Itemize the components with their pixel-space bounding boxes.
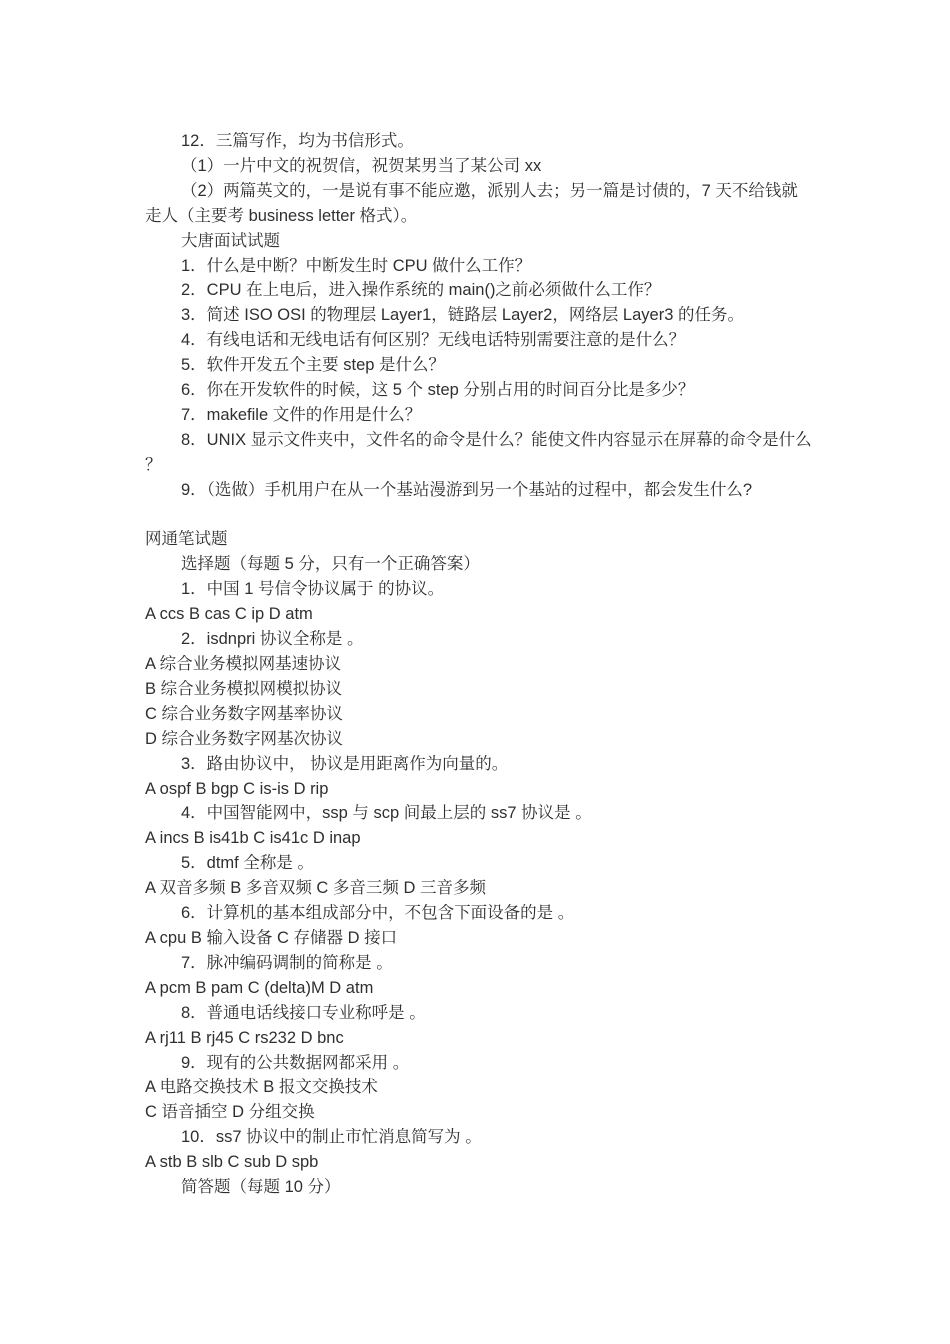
doc-line: ？: [145, 453, 845, 478]
doc-line: 3．路由协议中， 协议是用距离作为向量的。: [145, 752, 845, 777]
doc-line: D 综合业务数字网基次协议: [145, 727, 845, 752]
doc-line: 9．（选做）手机用户在从一个基站漫游到另一个基站的过程中，都会发生什么?: [145, 478, 845, 503]
doc-line: 2．isdnpri 协议全称是 。: [145, 627, 845, 652]
doc-line: A pcm B pam C (delta)M D atm: [145, 976, 845, 1001]
doc-line: A incs B is41b C is41c D inap: [145, 826, 845, 851]
doc-line: C 语音插空 D 分组交换: [145, 1100, 845, 1125]
doc-line: 8．UNIX 显示文件夹中，文件名的命令是什么？能使文件内容显示在屏幕的命令是什…: [145, 428, 845, 453]
doc-line: A rj11 B rj45 C rs232 D bnc: [145, 1026, 845, 1051]
doc-line: 4．有线电话和无线电话有何区别？无线电话特别需要注意的是什么？: [145, 328, 845, 353]
doc-line: 5．dtmf 全称是 。: [145, 851, 845, 876]
doc-line: 走人（主要考 business letter 格式）。: [145, 204, 845, 229]
doc-line: 2．CPU 在上电后，进入操作系统的 main()之前必须做什么工作？: [145, 278, 845, 303]
doc-line: A 综合业务模拟网基速协议: [145, 652, 845, 677]
doc-line: 6．计算机的基本组成部分中，不包含下面设备的是 。: [145, 901, 845, 926]
doc-line: A stb B slb C sub D spb: [145, 1150, 845, 1175]
section-title-netcom-written-test: 网通笔试题: [145, 527, 845, 552]
doc-line: 3．简述 ISO OSI 的物理层 Layer1，链路层 Layer2，网络层 …: [145, 303, 845, 328]
doc-line: 9．现有的公共数据网都采用 。: [145, 1051, 845, 1076]
doc-line: （2）两篇英文的，一是说有事不能应邀，派别人去；另一篇是讨债的，7 天不给钱就: [145, 179, 845, 204]
doc-line: 7．makefile 文件的作用是什么？: [145, 403, 845, 428]
doc-line: 5．软件开发五个主要 step 是什么？: [145, 353, 845, 378]
doc-line: A cpu B 输入设备 C 存储器 D 接口: [145, 926, 845, 951]
doc-line: B 综合业务模拟网模拟协议: [145, 677, 845, 702]
doc-line: 1．什么是中断？中断发生时 CPU 做什么工作？: [145, 254, 845, 279]
doc-line: 4．中国智能网中，ssp 与 scp 间最上层的 ss7 协议是 。: [145, 801, 845, 826]
document-body: 12．三篇写作，均为书信形式。 （1）一片中文的祝贺信，祝贺某男当了某公司 xx…: [145, 129, 845, 1200]
doc-line: 10．ss7 协议中的制止市忙消息简写为 。: [145, 1125, 845, 1150]
blank-line: [145, 503, 845, 528]
doc-line: A ccs B cas C ip D atm: [145, 602, 845, 627]
doc-line: A 双音多频 B 多音双频 C 多音三频 D 三音多频: [145, 876, 845, 901]
document-page: 12．三篇写作，均为书信形式。 （1）一片中文的祝贺信，祝贺某男当了某公司 xx…: [0, 0, 950, 1344]
subsection-choice-questions: 选择题（每题 5 分，只有一个正确答案）: [145, 552, 845, 577]
doc-line: 7．脉冲编码调制的简称是 。: [145, 951, 845, 976]
section-title-datang-interview: 大唐面试试题: [145, 229, 845, 254]
doc-line: A 电路交换技术 B 报文交换技术: [145, 1075, 845, 1100]
doc-line: 8．普通电话线接口专业称呼是 。: [145, 1001, 845, 1026]
doc-line: A ospf B bgp C is-is D rip: [145, 777, 845, 802]
doc-line: C 综合业务数字网基率协议: [145, 702, 845, 727]
subsection-short-answer: 简答题（每题 10 分）: [145, 1175, 845, 1200]
doc-line: 12．三篇写作，均为书信形式。: [145, 129, 845, 154]
doc-line: （1）一片中文的祝贺信，祝贺某男当了某公司 xx: [145, 154, 845, 179]
doc-line: 6．你在开发软件的时候，这 5 个 step 分别占用的时间百分比是多少？: [145, 378, 845, 403]
doc-line: 1．中国 1 号信令协议属于 的协议。: [145, 577, 845, 602]
